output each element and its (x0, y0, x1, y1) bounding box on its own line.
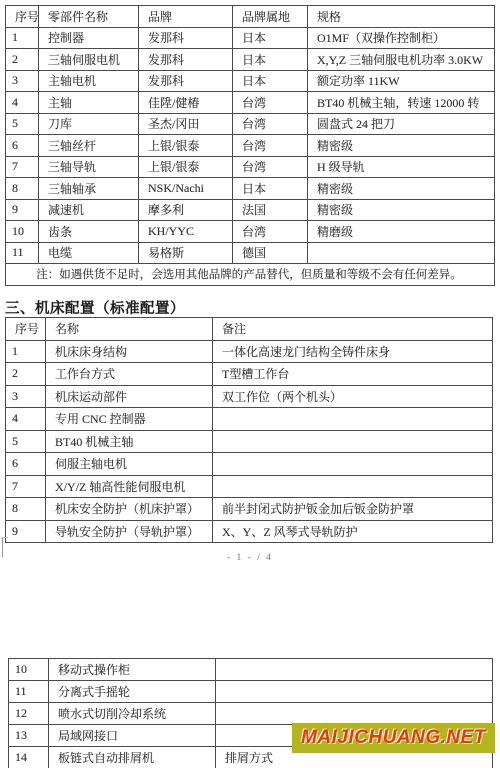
table-cell (216, 703, 493, 725)
table-cell: 专用 CNC 控制器 (46, 408, 213, 431)
table-row: 5BT40 机械主轴 (6, 430, 493, 453)
table-cell: 7 (6, 475, 46, 498)
table-cell: 机床床身结构 (46, 340, 213, 363)
table-cell: 板链式自动排屑机 (49, 747, 216, 768)
table-cell: 4 (6, 92, 39, 114)
table-cell: 上银/银泰 (139, 135, 233, 157)
table-cell: 2 (6, 49, 39, 71)
table-cell: 齿条 (39, 221, 139, 243)
table-cell: 1 (6, 340, 46, 363)
table-cell (213, 430, 493, 453)
table-cell: 三轴导轨 (39, 156, 139, 178)
table-cell (216, 681, 493, 703)
table-cell: 上银/银泰 (139, 156, 233, 178)
table-cell: 10 (9, 659, 49, 681)
table-cell: 精密级 (308, 199, 495, 221)
table-cell: 5 (6, 113, 39, 135)
table-cell: 一体化高速龙门结构全铸件床身 (213, 340, 493, 363)
table-cell: 10 (6, 221, 39, 243)
table-cell: 6 (6, 135, 39, 157)
table-cell: 减速机 (39, 199, 139, 221)
table-cell: 德国 (233, 242, 308, 264)
table-cell: 日本 (233, 70, 308, 92)
table-cell: 佳陞/健椿 (139, 92, 233, 114)
column-header: 规格 (308, 6, 495, 28)
table-cell: 工作台方式 (46, 363, 213, 386)
table-cell: 台湾 (233, 156, 308, 178)
table-row: 3机床运动部件双工作位（两个机头） (6, 385, 493, 408)
table-cell (216, 659, 493, 681)
table-cell: 6 (6, 453, 46, 476)
table-cell (213, 453, 493, 476)
table-cell: 前半封闭式防护钣金加后钣金防护罩 (213, 498, 493, 521)
table-cell: 台湾 (233, 92, 308, 114)
column-header: 序号 (6, 6, 39, 28)
table-cell: 主轴 (39, 92, 139, 114)
table-cell: 额定功率 11KW (308, 70, 495, 92)
table-cell: H 级导轨 (308, 156, 495, 178)
table-cell: 5 (6, 430, 46, 453)
table-cell: 控制器 (39, 27, 139, 49)
table-row: 6三轴丝杆上银/银泰台湾精密级 (6, 135, 495, 157)
table-cell: 3 (6, 385, 46, 408)
table-cell: 11 (6, 242, 39, 264)
parts-table: 序号零部件名称品牌品牌属地规格1控制器发那科日本O1MF（双操作控制柜）2三轴伺… (5, 5, 495, 286)
column-header: 序号 (6, 318, 46, 341)
table-cell: 移动式操作柜 (49, 659, 216, 681)
table-cell: 发那科 (139, 49, 233, 71)
table-row: 2三轴伺服电机发那科日本X,Y,Z 三轴伺服电机功率 3.0KW (6, 49, 495, 71)
table-cell: 8 (6, 178, 39, 200)
table-cell: 喷水式切削冷却系统 (49, 703, 216, 725)
table-cell: 12 (9, 703, 49, 725)
column-header: 品牌 (139, 6, 233, 28)
table-cell: 2 (6, 363, 46, 386)
section-title: 三、机床配置（标准配置） (5, 297, 185, 318)
page-number: - 1 - / 4 (0, 553, 500, 563)
table-cell (213, 475, 493, 498)
table-cell: 双工作位（两个机头） (213, 385, 493, 408)
table-cell: BT40 机械主轴 (46, 430, 213, 453)
table-cell: 法国 (233, 199, 308, 221)
table-cell: 1 (6, 27, 39, 49)
table-cell: 日本 (233, 49, 308, 71)
table-cell: KH/YYC (139, 221, 233, 243)
table-cell: X/Y/Z 轴高性能伺服电机 (46, 475, 213, 498)
table-cell: X、Y、Z 风琴式导轨防护 (213, 520, 493, 543)
table-row: 8机床安全防护（机床护罩）前半封闭式防护钣金加后钣金防护罩 (6, 498, 493, 521)
column-header: 品牌属地 (233, 6, 308, 28)
table-row: 4专用 CNC 控制器 (6, 408, 493, 431)
table-cell: 摩多利 (139, 199, 233, 221)
table-cell (308, 242, 495, 264)
table-row: 9减速机摩多利法国精密级 (6, 199, 495, 221)
table-row: 6伺服主轴电机 (6, 453, 493, 476)
table-cell: 精密级 (308, 178, 495, 200)
table-row: 7X/Y/Z 轴高性能伺服电机 (6, 475, 493, 498)
table-cell: 台湾 (233, 113, 308, 135)
table-cell: 伺服主轴电机 (46, 453, 213, 476)
table-cell: BT40 机械主轴，转速 12000 转 (308, 92, 495, 114)
table-cell: 导轨安全防护（导轨护罩） (46, 520, 213, 543)
table-cell: 机床运动部件 (46, 385, 213, 408)
header-row: 序号名称备注 (6, 318, 493, 341)
table-cell: 13 (9, 725, 49, 747)
table-row: 10齿条KH/YYC台湾精磨级 (6, 221, 495, 243)
table-cell: 11 (9, 681, 49, 703)
header-row: 序号零部件名称品牌品牌属地规格 (6, 6, 495, 28)
column-header: 名称 (46, 318, 213, 341)
table-cell: 圣杰/冈田 (139, 113, 233, 135)
table-cell: 台湾 (233, 135, 308, 157)
table-note: 注：如遇供货不足时，会选用其他品牌的产品替代，但质量和等级不会有任何差异。 (6, 264, 495, 286)
table-row: 4主轴佳陞/健椿台湾BT40 机械主轴，转速 12000 转 (6, 92, 495, 114)
note-row: 注：如遇供货不足时，会选用其他品牌的产品替代，但质量和等级不会有任何差异。 (6, 264, 495, 286)
table-row: 1控制器发那科日本O1MF（双操作控制柜） (6, 27, 495, 49)
table-cell: 14 (9, 747, 49, 768)
table-cell: 三轴伺服电机 (39, 49, 139, 71)
table-cell: 刀库 (39, 113, 139, 135)
table-row: 3主轴电机发那科日本额定功率 11KW (6, 70, 495, 92)
table-cell: 电缆 (39, 242, 139, 264)
table-cell: X,Y,Z 三轴伺服电机功率 3.0KW (308, 49, 495, 71)
table-cell: 局域网接口 (49, 725, 216, 747)
table-cell: 发那科 (139, 27, 233, 49)
table-cell: 8 (6, 498, 46, 521)
table-cell: 发那科 (139, 70, 233, 92)
table-cell: 日本 (233, 178, 308, 200)
column-header: 备注 (213, 318, 493, 341)
table-cell: 精磨级 (308, 221, 495, 243)
config-table: 序号名称备注1机床床身结构一体化高速龙门结构全铸件床身2工作台方式T型槽工作台3… (5, 317, 493, 543)
table-cell: T型槽工作台 (213, 363, 493, 386)
scan-artifact (2, 537, 8, 557)
table-row: 2工作台方式T型槽工作台 (6, 363, 493, 386)
table-row: 1机床床身结构一体化高速龙门结构全铸件床身 (6, 340, 493, 363)
table-row: 10移动式操作柜 (9, 659, 493, 681)
table-cell: 分离式手摇轮 (49, 681, 216, 703)
table-cell: 4 (6, 408, 46, 431)
table-cell: 精密级 (308, 135, 495, 157)
table-cell: 9 (6, 199, 39, 221)
table-row: 5刀库圣杰/冈田台湾圆盘式 24 把刀 (6, 113, 495, 135)
table-cell (213, 408, 493, 431)
watermark-banner: MAIJICHUANG.NET (292, 723, 495, 753)
table-cell: 主轴电机 (39, 70, 139, 92)
table-row: 7三轴导轨上银/银泰台湾H 级导轨 (6, 156, 495, 178)
table-cell: 7 (6, 156, 39, 178)
table-row: 9导轨安全防护（导轨护罩）X、Y、Z 风琴式导轨防护 (6, 520, 493, 543)
table-cell: NSK/Nachi (139, 178, 233, 200)
table-cell: 机床安全防护（机床护罩） (46, 498, 213, 521)
table-cell: 日本 (233, 27, 308, 49)
table-cell: 圆盘式 24 把刀 (308, 113, 495, 135)
table-cell: 三轴轴承 (39, 178, 139, 200)
table-cell: 易格斯 (139, 242, 233, 264)
table-cell: 三轴丝杆 (39, 135, 139, 157)
table-cell: 台湾 (233, 221, 308, 243)
table-cell: O1MF（双操作控制柜） (308, 27, 495, 49)
table-row: 11电缆易格斯德国 (6, 242, 495, 264)
table-cell: 3 (6, 70, 39, 92)
table-cell: 9 (6, 520, 46, 543)
table-row: 12喷水式切削冷却系统 (9, 703, 493, 725)
column-header: 零部件名称 (39, 6, 139, 28)
table-row: 11分离式手摇轮 (9, 681, 493, 703)
table-row: 8三轴轴承NSK/Nachi日本精密级 (6, 178, 495, 200)
